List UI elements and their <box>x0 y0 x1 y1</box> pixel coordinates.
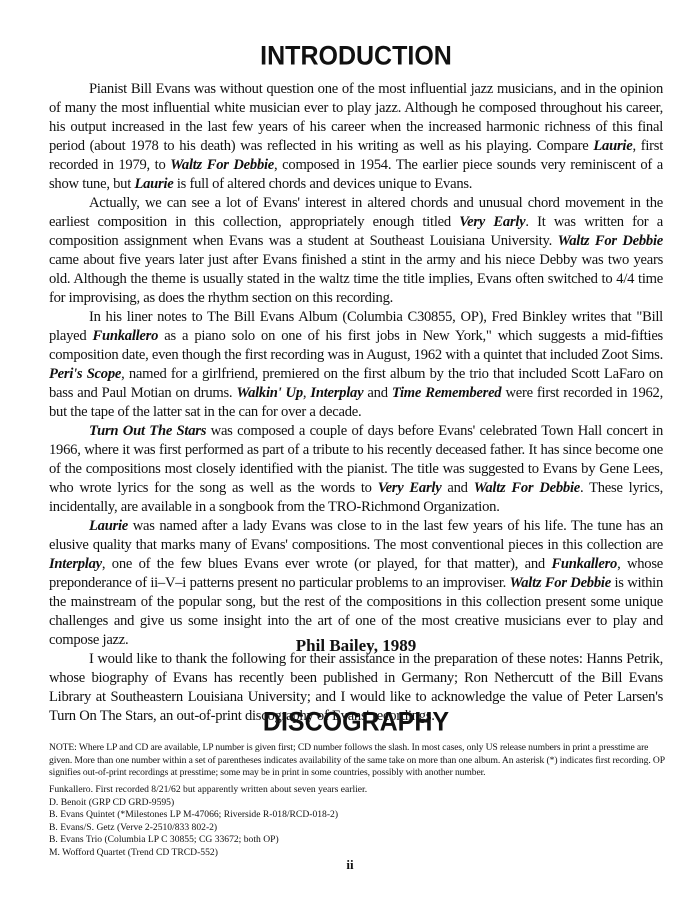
discography-entry: Funkallero. First recorded 8/21/62 but a… <box>49 784 663 797</box>
discography-list: Funkallero. First recorded 8/21/62 but a… <box>49 784 663 860</box>
discography-heading: DISCOGRAPHY <box>49 707 663 738</box>
song-title: Waltz For Debbie <box>558 233 663 249</box>
song-title: Funkallero <box>551 556 617 572</box>
author-signature: Phil Bailey, 1989 <box>49 636 663 656</box>
introduction-heading: INTRODUCTION <box>49 41 663 72</box>
intro-paragraph: In his liner notes to The Bill Evans Alb… <box>49 308 663 422</box>
introduction-body: Pianist Bill Evans was without question … <box>49 80 663 726</box>
song-title: Laurie <box>89 518 128 534</box>
song-title: Time Remembered <box>392 385 501 401</box>
page-number: ii <box>0 857 700 873</box>
song-title: Very Early <box>378 480 442 496</box>
song-title: Waltz For Debbie <box>474 480 580 496</box>
song-title: Walkin' Up <box>236 385 302 401</box>
discography-note: NOTE: Where LP and CD are available, LP … <box>49 742 669 780</box>
discography-entry: B. Evans/S. Getz (Verve 2-2510/833 802-2… <box>49 822 663 835</box>
intro-paragraph: Laurie was named after a lady Evans was … <box>49 517 663 650</box>
intro-paragraph: Actually, we can see a lot of Evans' int… <box>49 194 663 308</box>
note-text: NOTE: Where LP and CD are available, LP … <box>49 742 669 780</box>
song-title: Very Early <box>459 214 525 230</box>
song-title: Interplay <box>49 556 102 572</box>
song-title: Turn Out The Stars <box>89 423 206 439</box>
intro-paragraph: Turn Out The Stars was composed a couple… <box>49 422 663 517</box>
intro-paragraph: Pianist Bill Evans was without question … <box>49 80 663 194</box>
song-title: Waltz For Debbie <box>510 575 611 591</box>
discography-entry: B. Evans Quintet (*Milestones LP M-47066… <box>49 809 663 822</box>
song-title: Waltz For Debbie <box>170 157 274 173</box>
discography-entry: B. Evans Trio (Columbia LP C 30855; CG 3… <box>49 834 663 847</box>
discography-entry: D. Benoit (GRP CD GRD-9595) <box>49 797 663 810</box>
song-title: Laurie <box>593 138 632 154</box>
song-title: Peri's Scope <box>49 366 121 382</box>
song-title: Laurie <box>134 176 173 192</box>
song-title: Funkallero <box>93 328 159 344</box>
song-title: Interplay <box>310 385 363 401</box>
